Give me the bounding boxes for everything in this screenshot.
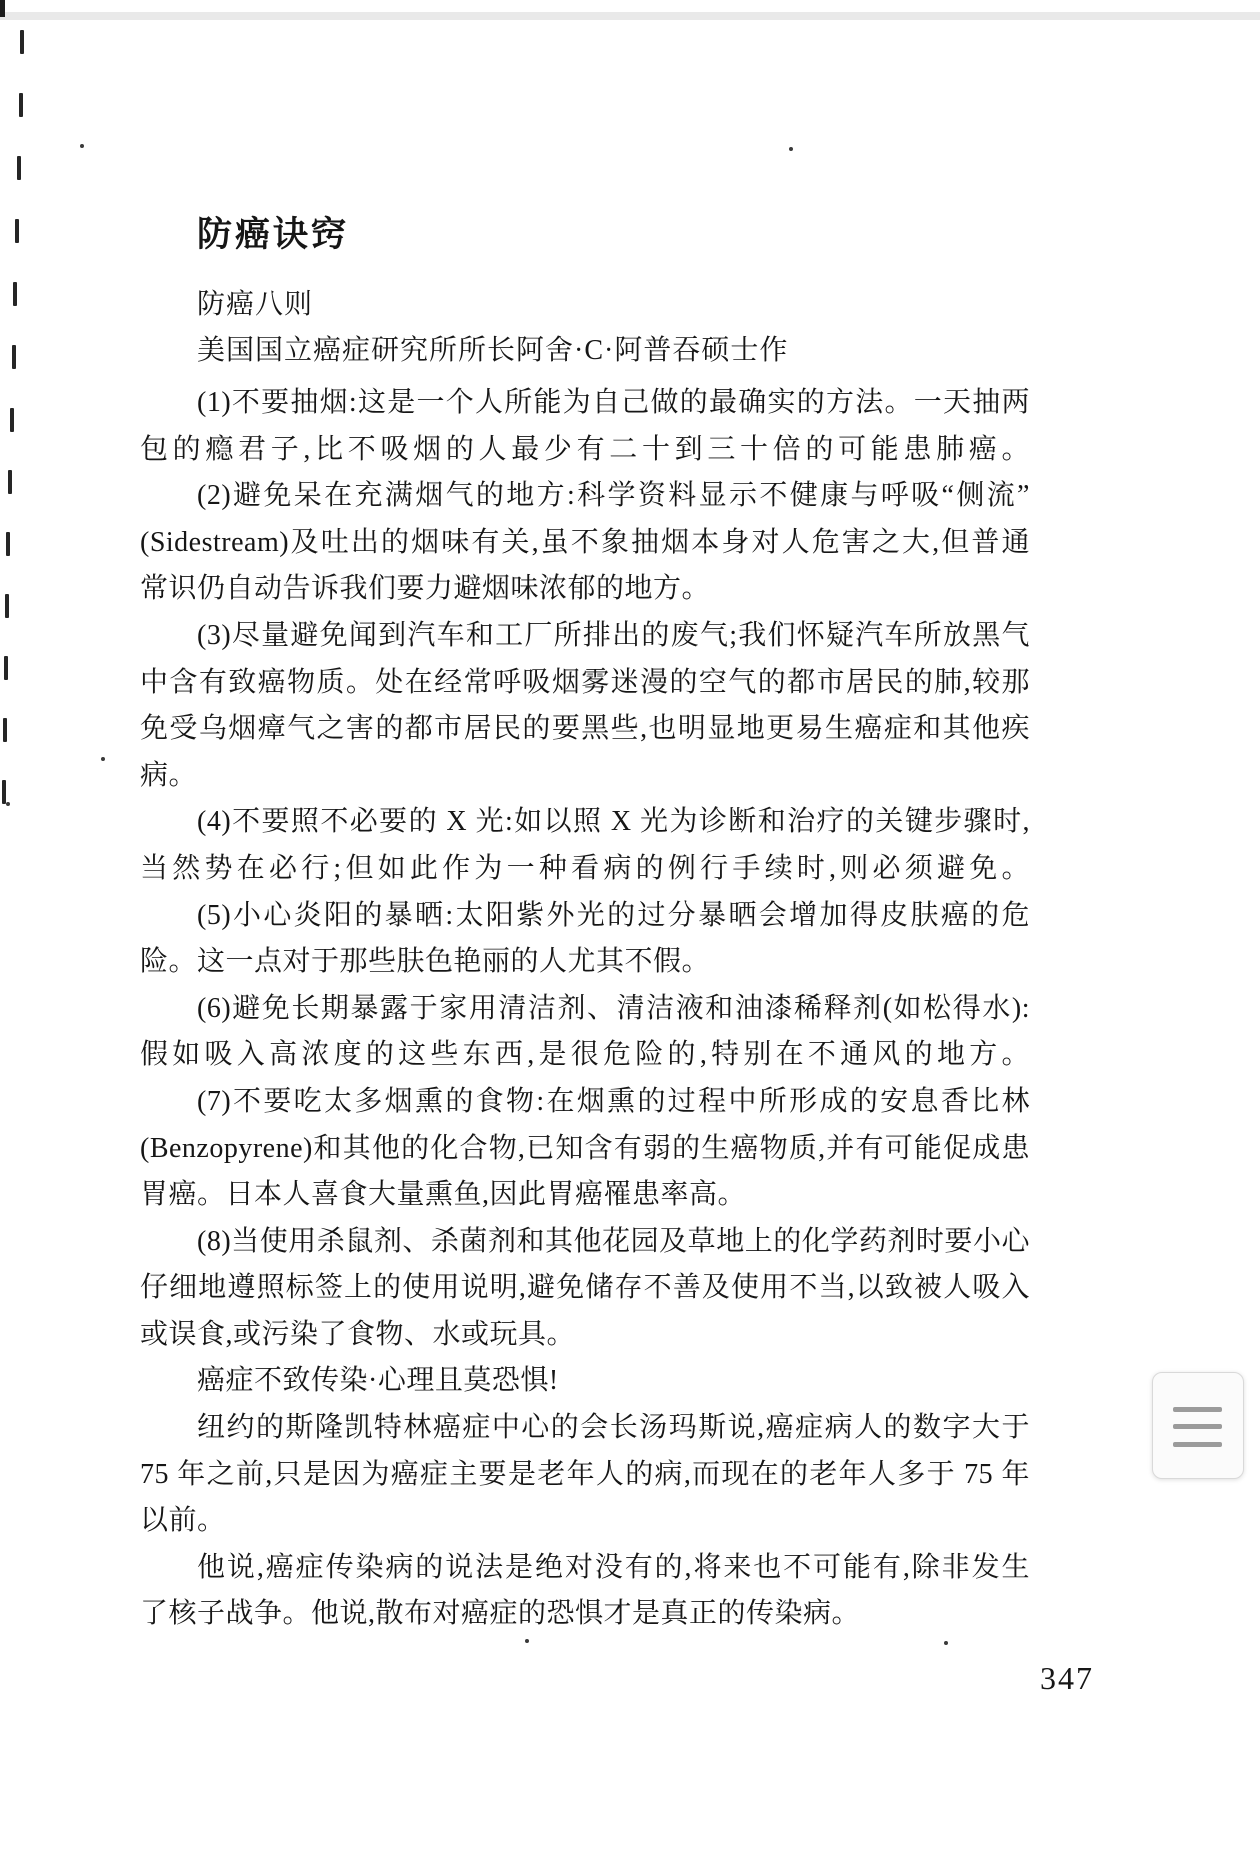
text-line: 仔细地遵照标签上的使用说明,避免储存不善及使用不当,以致被人吸入 <box>140 1265 1030 1312</box>
scan-edge-mark <box>13 282 17 306</box>
text-line: 险。这一点对于那些肤色艳丽的人尤其不假。 <box>140 939 1030 986</box>
text-line: (Benzopyrene)和其他的化合物,已知含有弱的生癌物质,并有可能促成患 <box>140 1126 1030 1173</box>
text-line: 包的瘾君子,比不吸烟的人最少有二十到三十倍的可能患肺癌。 <box>140 427 1030 474</box>
text-line: 75 年之前,只是因为癌症主要是老年人的病,而现在的老年人多于 75 年 <box>140 1452 1030 1499</box>
text-line: (Sidestream)及吐出的烟味有关,虽不象抽烟本身对人危害之大,但普通 <box>140 520 1030 567</box>
text-line: 或误食,或污染了食物、水或玩具。 <box>140 1312 1030 1359</box>
scan-speck <box>6 802 10 806</box>
scan-edge-mark <box>20 30 24 54</box>
text-line: (8)当使用杀鼠剂、杀菌剂和其他花园及草地上的化学药剂时要小心 <box>140 1219 1030 1266</box>
text-line: 常识仍自动告诉我们要力避烟味浓郁的地方。 <box>140 566 1030 613</box>
page-body: (1)不要抽烟:这是一个人所能为自己做的最确实的方法。一天抽两包的瘾君子,比不吸… <box>140 380 1030 1638</box>
text-line: 当然势在必行;但如此作为一种看病的例行手续时,则必须避免。 <box>140 846 1030 893</box>
floating-scroll-handle[interactable] <box>1152 1372 1244 1479</box>
scan-edge-mark <box>10 408 14 432</box>
text-line: 中含有致癌物质。处在经常呼吸烟雾迷漫的空气的都市居民的肺,较那 <box>140 660 1030 707</box>
scan-edge-mark <box>12 345 16 369</box>
text-line: 了核子战争。他说,散布对癌症的恐惧才是真正的传染病。 <box>140 1591 1030 1638</box>
scan-edge-mark <box>3 718 7 742</box>
scan-edge-mark <box>6 532 10 556</box>
text-line: 他说,癌症传染病的说法是绝对没有的,将来也不可能有,除非发生 <box>140 1545 1030 1592</box>
text-line: (1)不要抽烟:这是一个人所能为自己做的最确实的方法。一天抽两 <box>140 380 1030 427</box>
text-line: (5)小心炎阳的暴晒:太阳紫外光的过分暴晒会增加得皮肤癌的危 <box>140 893 1030 940</box>
text-line: (7)不要吃太多烟熏的食物:在烟熏的过程中所形成的安息香比林 <box>140 1079 1030 1126</box>
scan-speck <box>80 144 84 148</box>
text-line: 以前。 <box>140 1498 1030 1545</box>
text-line: 纽约的斯隆凯特林癌症中心的会长汤玛斯说,癌症病人的数字大于 <box>140 1405 1030 1452</box>
scan-edge-mark <box>5 594 9 618</box>
text-line: (4)不要照不必要的 X 光:如以照 X 光为诊断和治疗的关键步骤时, <box>140 799 1030 846</box>
scan-edge-mark <box>4 656 8 680</box>
text-line: 癌症不致传染·心理且莫恐惧! <box>140 1358 1030 1405</box>
text-line: (6)避免长期暴露于家用清洁剂、清洁液和油漆稀释剂(如松得水): <box>140 986 1030 1033</box>
page-number: 347 <box>1040 1660 1094 1697</box>
scan-speck <box>944 1641 948 1645</box>
page-title: 防癌诀窍 <box>197 215 349 255</box>
text-line: 病。 <box>140 753 1030 800</box>
scan-corner-mark <box>0 0 5 17</box>
section-subtitle: 防癌八则 <box>197 288 313 322</box>
text-line: (3)尽量避免闻到汽车和工厂所排出的废气;我们怀疑汽车所放黑气 <box>140 613 1030 660</box>
text-line: 假如吸入高浓度的这些东西,是很危险的,特别在不通风的地方。 <box>140 1032 1030 1079</box>
text-line: (2)避免呆在充满烟气的地方:科学资料显示不健康与呼吸“侧流” <box>140 473 1030 520</box>
scan-edge-mark <box>17 156 21 180</box>
scan-speck <box>789 147 793 151</box>
scan-speck <box>525 1639 529 1643</box>
scan-edge-mark <box>2 780 6 804</box>
scan-speck <box>101 757 105 761</box>
text-line: 胃癌。日本人喜食大量熏鱼,因此胃癌罹患率高。 <box>140 1172 1030 1219</box>
scan-top-edge <box>0 12 1260 20</box>
scan-edge-mark <box>19 93 23 117</box>
scan-edge-mark <box>8 470 12 494</box>
text-line: 免受乌烟瘴气之害的都市居民的要黑些,也明显地更易生癌症和其他疾 <box>140 706 1030 753</box>
scan-edge-mark <box>15 219 19 243</box>
byline: 美国国立癌症研究所所长阿舍·C·阿普吞硕士作 <box>197 334 788 368</box>
